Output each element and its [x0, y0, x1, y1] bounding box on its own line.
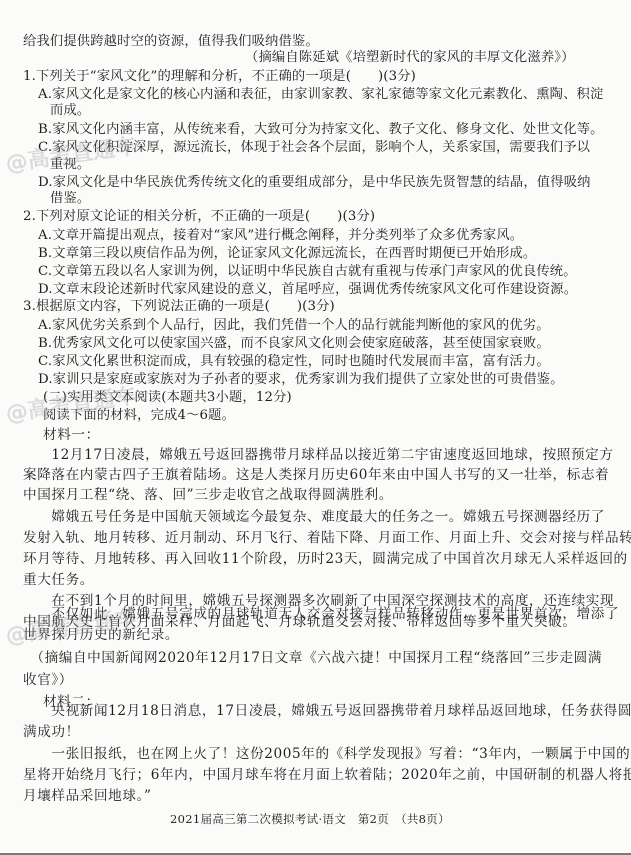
exam-page: 给我们提供跨越时空的资源，值得我们吸纳借鉴。 （摘编自陈延斌《培塑新时代的家风的… — [0, 0, 631, 853]
material-2-line: 月壤样品采回地球。” — [23, 787, 152, 805]
material-1-label: 材料一： — [43, 426, 100, 444]
material-1-line: 环月等待、月地转移、再入回收11个阶段，历时23天，圆满完成了中国首次月球无人采… — [23, 550, 628, 568]
question-1-stem: 1.下列关于“家风文化”的理解和分析，不正确的一项是( )(3分) — [23, 68, 416, 86]
question-1-option-d: D.家风文化是中华民族优秀传统文化的重要组成部分，是中华民族先贤智慧的结晶，值得… — [38, 174, 591, 192]
material-1-source-cont: 收官》） — [23, 671, 73, 689]
section-2-instruction: 阅读下面的材料，完成4～6题。 — [43, 407, 235, 425]
material-1-source: （摘编自中国新闻网2020年12月17日文章《六战六捷！中国探月工程“绕落回”三… — [23, 649, 602, 667]
question-2-option-c: C.文章第五段以名人家训为例，以证明中华民族自古就有重视与传承门声家风的优良传统… — [38, 263, 577, 281]
material-2-line: 央视新闻12月18日消息，17日凌晨，嫦娥五号返回器携带着月球样品返回地球，任务… — [23, 702, 631, 720]
page-footer: 2021届高三第二次模拟考试·语文 第2页 （共8页） — [170, 810, 450, 828]
material-1-line: 不仅如此，嫦娥五号完成的月球轨道无人交会对接与样品转移动作，更是世界首次，增添了 — [23, 605, 619, 623]
question-1-option-c: C.家风文化积淀深厚，源远流长，体现于社会各个层面，影响个人，关系家国，需要我们… — [38, 139, 590, 157]
question-1-option-d-cont: 借鉴。 — [50, 190, 90, 208]
material-1-line: 案降落在内蒙古四子王旗着陆场。这是人类探月历史60年来由中国人书写的又一壮举，标… — [23, 466, 609, 484]
material-1-line: 嫦娥五号任务是中国航天领域迄今最复杂、难度最大的任务之一。嫦娥五号探测器经历了 — [23, 508, 605, 526]
section-2-heading: (二)实用类文本阅读(本题共3小题，12分) — [43, 389, 292, 407]
question-3-option-c: C.家风文化累世积淀而成，具有较强的稳定性，同时也随时代发展而丰富，富有活力。 — [38, 353, 550, 371]
question-1-option-c-cont: 重视。 — [50, 156, 90, 174]
question-2-option-d: D.文章末段论述新时代家风建设的意义，首尾呼应，强调优秀传统家风文化可作建设资源… — [38, 281, 577, 299]
question-3-option-a: A.家风优劣关系到个人品行，因此，我们凭借一个人的品行就能判断他的家风的优劣。 — [38, 317, 550, 335]
question-1-option-a: A.家风文化是家文化的核心内涵和表征，由家训家教、家礼家德等家文化元素教化、熏陶… — [38, 86, 603, 104]
question-1-option-a-cont: 而成。 — [50, 102, 90, 120]
material-1-line: 重大任务。 — [23, 571, 94, 589]
question-1-option-b: B.家风文化内涵丰富，从传统来看，大致可分为持家文化、教子文化、修身文化、处世文… — [38, 121, 604, 139]
material-2-line: 一张旧报纸，也在网上火了！这份2005年的《科学发现报》写着：“3年内，一颗属于… — [23, 745, 631, 763]
question-2-option-b: B.文章第三段以庾信作品为例，论证家风文化源远流长，在西晋时期便已开始形成。 — [38, 245, 536, 263]
material-2-line: 满成功！ — [23, 723, 80, 741]
material-1-line: 12月17日凌晨，嫦娥五号返回器携带月球样品以接近第二宇宙速度返回地球，按照预定… — [23, 446, 614, 464]
material-1-line: 世界探月历史的新纪录。 — [23, 626, 179, 644]
question-2-stem: 2.下列对原文论证的相关分析，不正确的一项是( )(3分) — [23, 208, 375, 226]
question-3-option-b: B.优秀家风文化可以使家国兴盛，而不良家风文化则会使家庭破落，甚至使国家衰败。 — [38, 335, 550, 353]
material-2-line: 星将开始绕月飞行；6年内，中国月球车将在月面上软着陆；2020年之前，中国研制的… — [23, 766, 631, 784]
question-3-stem: 3.根据原文内容，下列说法正确的一项是( )(3分) — [23, 298, 335, 316]
question-3-option-d: D.家训只是家庭或家族对为子孙者的要求，优秀家训为我们提供了立家处世的可贵借鉴。 — [38, 371, 564, 389]
question-2-option-a: A.文章开篇提出观点，接着对“家风”进行概念阐释，并分类列举了众多优秀家风。 — [38, 227, 523, 245]
material-1-line: 中国探月工程“绕、落、回”三步走收官之战取得圆满胜利。 — [23, 486, 393, 504]
passage-source: （摘编自陈延斌《培塑新时代的家风的丰厚文化滋养》） — [245, 49, 575, 67]
material-1-line: 发射入轨、地月转移、近月制动、环月飞行、着陆下降、月面工作、月面上升、交会对接与… — [23, 529, 631, 547]
